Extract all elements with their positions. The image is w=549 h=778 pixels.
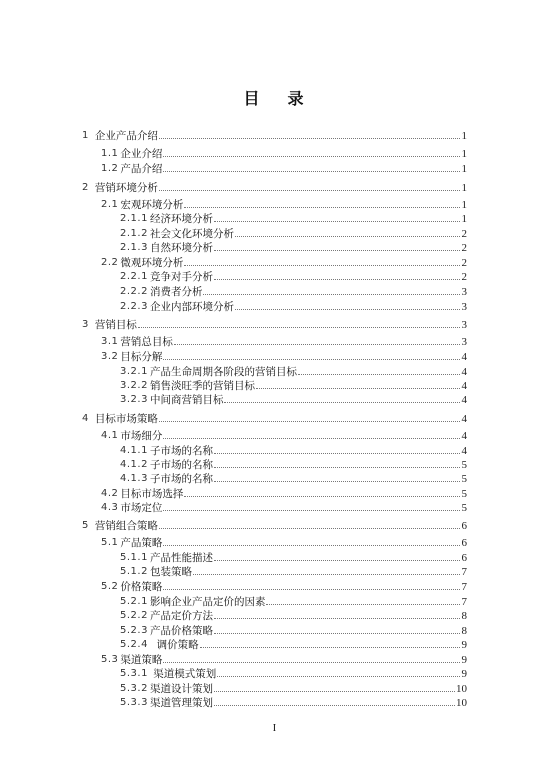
toc-entry-number: 4.1 (101, 430, 118, 442)
toc-entry-number: 3.1 (101, 336, 118, 348)
toc-entry-page: 4 (461, 413, 467, 425)
toc-entry-label: 影响企业产品定价的因素 (150, 596, 266, 608)
toc-entry-page: 8 (461, 610, 467, 622)
toc-entry-label: 经济环境分析 (150, 213, 213, 225)
toc-leader-dots (214, 220, 460, 222)
toc-entry[interactable]: 5.3渠道策略9 (101, 652, 467, 666)
toc-entry[interactable]: 4.3市场定位5 (101, 500, 467, 514)
toc-entry-number: 5 (82, 520, 89, 532)
toc-leader-dots (214, 690, 455, 692)
toc-leader-dots (163, 358, 460, 360)
toc-entry-label: 营销总目标 (120, 336, 173, 348)
toc-entry[interactable]: 4.1.3子市场的名称5 (120, 471, 467, 485)
toc-entry-label: 子市场的名称 (150, 459, 213, 471)
toc-entry-page: 1 (461, 148, 467, 160)
toc-entry-label: 目标分解 (120, 351, 162, 363)
toc-entry-page: 1 (461, 182, 467, 194)
toc-entry-label: 渠道设计策划 (150, 683, 213, 695)
toc-entry-number: 3.2 (101, 351, 118, 363)
toc-entry-number: 1 (82, 130, 89, 142)
toc-entry-page: 7 (461, 596, 467, 608)
toc-leader-dots (214, 480, 460, 482)
toc-entry-number: 2.2.1 (120, 271, 148, 283)
toc-leader-dots (163, 509, 460, 511)
toc-entry[interactable]: 5.2.3产品价格策略8 (120, 623, 467, 637)
toc-entry-label: 产品性能描述 (150, 552, 213, 564)
toc-entry[interactable]: 4.2目标市场选择5 (101, 486, 467, 500)
toc-entry-number: 1.1 (101, 148, 118, 160)
toc-entry[interactable]: 5.2.2产品定价方法8 (120, 608, 467, 622)
toc-entry-number: 2.2.3 (120, 301, 148, 313)
toc-entry-number: 4.3 (101, 502, 118, 514)
toc-entry-number: 5.3.1 (120, 668, 148, 680)
toc-entry-label: 产品价格策略 (150, 625, 213, 637)
toc-entry[interactable]: 2.1.2社会文化环境分析2 (120, 226, 467, 240)
toc-entry-page: 6 (461, 520, 467, 532)
toc-entry[interactable]: 2.2.2消费者分析3 (120, 284, 467, 298)
toc-entry-page: 3 (461, 319, 467, 331)
toc-entry[interactable]: 2.2微观环境分析2 (101, 255, 467, 269)
toc-entry[interactable]: 5营销组合策略6 (82, 518, 467, 532)
toc-entry-number: 2.1 (101, 199, 118, 211)
toc-leader-dots (184, 495, 460, 497)
toc-entry-label: 营销环境分析 (95, 182, 158, 194)
toc-leader-dots (214, 452, 460, 454)
toc-entry[interactable]: 1.1企业介绍1 (101, 146, 467, 160)
toc-leader-dots (203, 293, 460, 295)
toc-entry-page: 7 (461, 566, 467, 578)
toc-entry-page: 10 (456, 683, 467, 695)
toc-entry-number: 5.2.4 (120, 639, 148, 651)
toc-entry-label: 社会文化环境分析 (150, 228, 234, 240)
toc-entry[interactable]: 2.2.3企业内部环境分析3 (120, 299, 467, 313)
toc-entry-page: 7 (461, 581, 467, 593)
toc-entry-page: 3 (461, 286, 467, 298)
toc-entry-label: 企业产品介绍 (95, 130, 158, 142)
toc-leader-dots (200, 646, 460, 648)
toc-entry-page: 3 (461, 336, 467, 348)
toc-entry[interactable]: 5.2价格策略7 (101, 579, 467, 593)
toc-entry-page: 4 (461, 366, 467, 378)
toc-entry[interactable]: 5.3.3渠道管理策划10 (120, 695, 467, 709)
toc-entry-page: 2 (461, 228, 467, 240)
toc-entry-page: 2 (461, 271, 467, 283)
toc-leader-dots (163, 661, 460, 663)
toc-entry-label: 销售淡旺季的营销目标 (150, 380, 255, 392)
toc-leader-dots (163, 170, 460, 172)
toc-entry-number: 3.2.2 (120, 380, 148, 392)
toc-entry-page: 3 (461, 301, 467, 313)
toc-entry-number: 2.1.2 (120, 228, 148, 240)
toc-entry-label: 渠道模式策划 (150, 668, 216, 680)
toc-entry-page: 5 (461, 459, 467, 471)
toc-entry-label: 市场定位 (120, 502, 162, 514)
toc-leader-dots (214, 704, 455, 706)
toc-entry[interactable]: 2.1.3自然环境分析2 (120, 240, 467, 254)
toc-entry-page: 4 (461, 394, 467, 406)
toc-entry[interactable]: 3.2.3中间商营销目标4 (120, 392, 467, 406)
toc-entry-label: 渠道策略 (120, 654, 162, 666)
toc-entry[interactable]: 1企业产品介绍1 (82, 128, 467, 142)
toc-entry-label: 宏观环境分析 (120, 199, 183, 211)
toc-entry-number: 4.1.2 (120, 459, 148, 471)
toc-entry-label: 企业内部环境分析 (150, 301, 234, 313)
toc-leader-dots (214, 278, 460, 280)
toc-entry-page: 1 (461, 130, 467, 142)
toc-entry[interactable]: 4.1市场细分4 (101, 428, 467, 442)
toc-leader-dots (217, 675, 460, 677)
toc-entry-page: 4 (461, 430, 467, 442)
toc-entry-label: 目标市场选择 (120, 488, 183, 500)
toc-entry-page: 6 (461, 552, 467, 564)
toc-entry-label: 营销组合策略 (95, 520, 158, 532)
toc-entry-number: 2.1.3 (120, 242, 148, 254)
toc-entry-page: 1 (461, 213, 467, 225)
toc-entry-page: 1 (461, 163, 467, 175)
toc-entry-number: 5.1 (101, 537, 118, 549)
toc-entry-number: 4.1.1 (120, 445, 148, 457)
toc-entry-label: 自然环境分析 (150, 242, 213, 254)
toc-leader-dots (159, 189, 460, 191)
toc-entry[interactable]: 4目标市场策略4 (82, 411, 467, 425)
toc-entry-number: 2.2.2 (120, 286, 148, 298)
toc-entry-page: 2 (461, 257, 467, 269)
toc-entry-number: 3.2.3 (120, 394, 148, 406)
toc-entry-number: 2.1.1 (120, 213, 148, 225)
toc-entry-page: 1 (461, 199, 467, 211)
toc-entry[interactable]: 5.1.1产品性能描述6 (120, 550, 467, 564)
toc-entry[interactable]: 3.2目标分解4 (101, 349, 467, 363)
toc-entry-number: 5.2 (101, 581, 118, 593)
toc-entry-number: 3 (82, 319, 89, 331)
toc-entry-label: 子市场的名称 (150, 445, 213, 457)
footer-page-number: I (0, 722, 549, 734)
toc-entry-label: 渠道管理策划 (150, 697, 213, 709)
toc-entry[interactable]: 2.1.1经济环境分析1 (120, 211, 467, 225)
toc-entry-label: 包装策略 (150, 566, 192, 578)
toc-leader-dots (159, 527, 460, 529)
toc-leader-dots (214, 559, 460, 561)
toc-entry-number: 2.2 (101, 257, 118, 269)
toc-entry-label: 子市场的名称 (150, 473, 213, 485)
toc-leader-dots (159, 420, 460, 422)
toc-leader-dots (298, 373, 460, 375)
toc-entry-label: 产品定价方法 (150, 610, 213, 622)
toc-leader-dots (184, 206, 460, 208)
toc-entry-page: 10 (456, 697, 467, 709)
toc-leader-dots (193, 573, 460, 575)
page-title: 目录 (0, 86, 549, 109)
toc-entry-number: 5.1.2 (120, 566, 148, 578)
toc-leader-dots (266, 603, 460, 605)
title-char-1: 目 (243, 86, 261, 109)
toc-entry[interactable]: 5.1产品策略6 (101, 535, 467, 549)
toc-entry-number: 4 (82, 413, 89, 425)
toc-entry[interactable]: 1.2产品介绍1 (101, 161, 467, 175)
toc-entry[interactable]: 5.1.2包装策略7 (120, 564, 467, 578)
toc-entry-label: 价格策略 (120, 581, 162, 593)
toc-entry-label: 中间商营销目标 (150, 394, 224, 406)
toc-entry-number: 4.2 (101, 488, 118, 500)
toc-entry-number: 5.2.2 (120, 610, 148, 622)
toc-entry-number: 5.3.3 (120, 697, 148, 709)
toc-leader-dots (214, 466, 460, 468)
toc-entry[interactable]: 4.1.1子市场的名称4 (120, 443, 467, 457)
toc-entry[interactable]: 5.2.4 调价策略9 (120, 637, 467, 651)
toc-leader-dots (214, 249, 460, 251)
toc-entry[interactable]: 4.1.2子市场的名称5 (120, 457, 467, 471)
toc-leader-dots (235, 308, 460, 310)
toc-entry-page: 9 (461, 668, 467, 680)
toc-leader-dots (163, 437, 460, 439)
toc-entry[interactable]: 5.2.1影响企业产品定价的因素7 (120, 594, 467, 608)
toc-entry-label: 企业介绍 (120, 148, 162, 160)
toc-entry[interactable]: 5.3.2渠道设计策划10 (120, 681, 467, 695)
toc-entry-page: 4 (461, 351, 467, 363)
toc-entry-page: 8 (461, 625, 467, 637)
title-char-2: 录 (288, 86, 306, 109)
toc-entry-label: 微观环境分析 (120, 257, 183, 269)
toc-entry-page: 5 (461, 502, 467, 514)
toc-leader-dots (163, 544, 460, 546)
toc-entry[interactable]: 3.1营销总目标3 (101, 334, 467, 348)
toc-entry-number: 2 (82, 182, 89, 194)
toc-entry-number: 5.2.3 (120, 625, 148, 637)
toc-entry-page: 4 (461, 380, 467, 392)
toc-entry[interactable]: 3.2.2销售淡旺季的营销目标4 (120, 378, 467, 392)
toc-entry-number: 4.1.3 (120, 473, 148, 485)
toc-leader-dots (256, 387, 460, 389)
toc-entry-page: 6 (461, 537, 467, 549)
toc-leader-dots (214, 632, 460, 634)
toc-leader-dots (214, 617, 460, 619)
toc-leader-dots (235, 235, 460, 237)
toc-leader-dots (163, 155, 460, 157)
toc-entry-label: 消费者分析 (150, 286, 203, 298)
toc-entry-label: 市场细分 (120, 430, 162, 442)
toc-entry-label: 目标市场策略 (95, 413, 158, 425)
toc-entry-page: 9 (461, 654, 467, 666)
toc-entry-number: 1.2 (101, 163, 118, 175)
toc-entry-page: 5 (461, 488, 467, 500)
toc-entry-number: 5.3.2 (120, 683, 148, 695)
toc-entry-label: 产品介绍 (120, 163, 162, 175)
toc-leader-dots (138, 326, 460, 328)
toc-leader-dots (224, 401, 460, 403)
toc-entry[interactable]: 5.3.1 渠道模式策划9 (120, 666, 467, 680)
toc-entry-label: 营销目标 (95, 319, 137, 331)
toc-entry-page: 4 (461, 445, 467, 457)
toc-leader-dots (163, 588, 460, 590)
toc-entry-label: 调价策略 (150, 639, 199, 651)
toc-entry-number: 5.3 (101, 654, 118, 666)
toc-leader-dots (159, 137, 460, 139)
toc-entry-page: 9 (461, 639, 467, 651)
toc-entry-number: 3.2.1 (120, 366, 148, 378)
toc-entry[interactable]: 3.2.1产品生命周期各阶段的营销目标4 (120, 364, 467, 378)
toc-entry-page: 2 (461, 242, 467, 254)
toc-entry-number: 5.2.1 (120, 596, 148, 608)
toc-entry-label: 产品策略 (120, 537, 162, 549)
toc-leader-dots (184, 264, 460, 266)
toc-entry[interactable]: 2.1宏观环境分析1 (101, 197, 467, 211)
toc-leader-dots (174, 343, 460, 345)
toc-entry-label: 产品生命周期各阶段的营销目标 (150, 366, 297, 378)
toc-entry[interactable]: 3营销目标3 (82, 317, 467, 331)
toc-entry[interactable]: 2.2.1竞争对手分析2 (120, 269, 467, 283)
toc-entry-page: 5 (461, 473, 467, 485)
toc-entry-number: 5.1.1 (120, 552, 148, 564)
toc-entry[interactable]: 2营销环境分析1 (82, 180, 467, 194)
toc-entry-label: 竞争对手分析 (150, 271, 213, 283)
